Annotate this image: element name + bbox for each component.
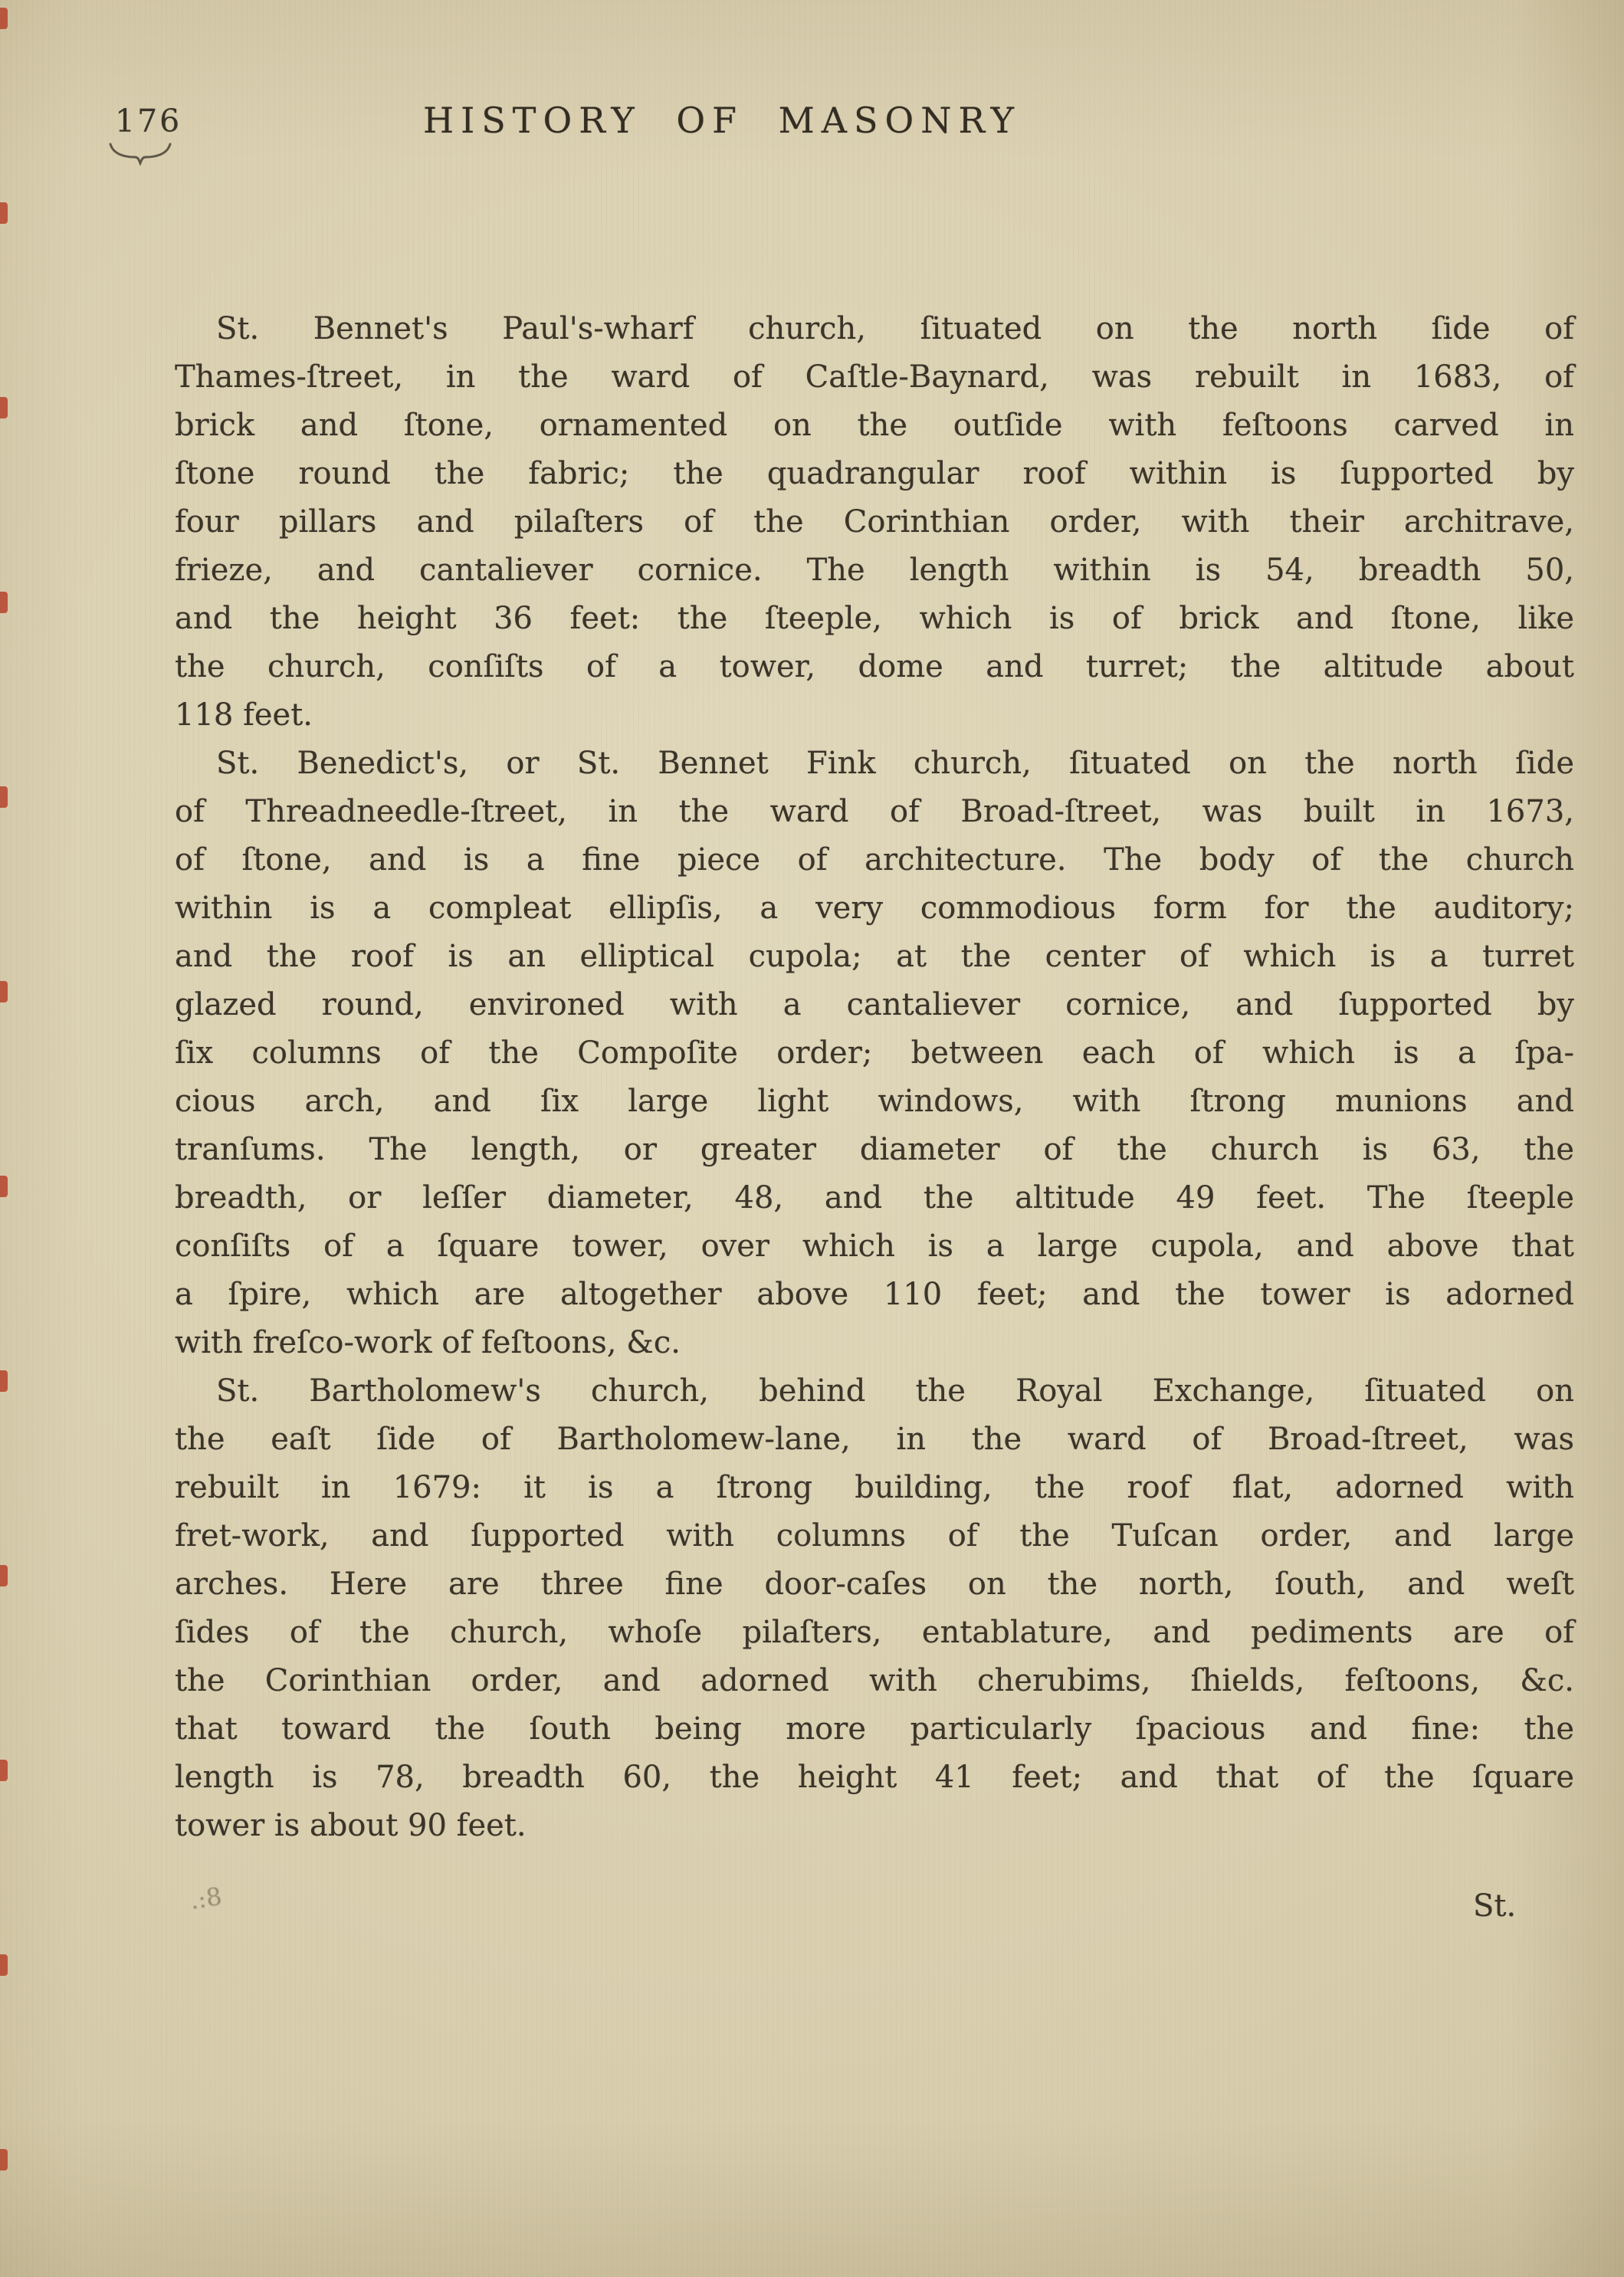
text-line: a ſpire, which are altogether above 110 …: [175, 1271, 1574, 1319]
text-line: of Threadneedle-ſtreet, in the ward of B…: [175, 788, 1574, 836]
page-edge-mark: [0, 202, 8, 224]
text-block: St. Bennet's Paul's-wharf church, ſituat…: [175, 305, 1574, 1850]
page-edge-mark: [0, 1760, 8, 1781]
text-line: 118 feet.: [175, 691, 1574, 740]
text-line: St. Benedict's, or St. Bennet Fink churc…: [175, 740, 1574, 788]
text-line: conſiſts of a ſquare tower, over which i…: [175, 1222, 1574, 1271]
page-edge-mark: [0, 786, 8, 808]
page-scan: 176 HISTORY OF MASONRY St. Bennet's Paul…: [0, 0, 1624, 2277]
text-line: St. Bennet's Paul's-wharf church, ſituat…: [175, 305, 1574, 353]
page-edge-mark: [0, 1370, 8, 1392]
text-line: of ſtone, and is a fine piece of archite…: [175, 836, 1574, 884]
paragraph: St. Benedict's, or St. Bennet Fink churc…: [175, 740, 1574, 1367]
text-line: cious arch, and ſix large light windows,…: [175, 1078, 1574, 1126]
text-line: tower is about 90 feet.: [175, 1802, 1574, 1850]
text-line: and the roof is an elliptical cupola; at…: [175, 933, 1574, 981]
text-line: breadth, or leſſer diameter, 48, and the…: [175, 1174, 1574, 1222]
text-line: glazed round, environed with a cantaliev…: [175, 981, 1574, 1029]
text-line: Thames-ſtreet, in the ward of Caſtle-Bay…: [175, 353, 1574, 402]
text-line: arches. Here are three fine door-caſes o…: [175, 1560, 1574, 1609]
text-line: ſides of the church, whoſe pilaſters, en…: [175, 1609, 1574, 1657]
text-line: four pillars and pilaſters of the Corint…: [175, 498, 1574, 546]
catchword: St.: [1473, 1888, 1516, 1924]
paragraph: St. Bennet's Paul's-wharf church, ſituat…: [175, 305, 1574, 740]
text-line: length is 78, breadth 60, the height 41 …: [175, 1754, 1574, 1802]
text-line: that toward the ſouth being more particu…: [175, 1705, 1574, 1754]
running-head-title: HISTORY OF MASONRY: [423, 100, 1021, 141]
text-line: ſix columns of the Compoſite order; betw…: [175, 1029, 1574, 1078]
text-line: frieze, and cantaliever cornice. The len…: [175, 546, 1574, 595]
page-edge-mark: [0, 981, 8, 1002]
page-edge-mark: [0, 397, 8, 418]
page-edge-mark: [0, 1954, 8, 1976]
text-line: and the height 36 feet: the ſteeple, whi…: [175, 595, 1574, 643]
text-line: rebuilt in 1679: it is a ſtrong building…: [175, 1464, 1574, 1512]
text-line: St. Bartholomew's church, behind the Roy…: [175, 1367, 1574, 1416]
page-edge-mark: [0, 592, 8, 613]
page-number: 176: [115, 103, 182, 139]
page-edge-mark: [0, 1176, 8, 1197]
text-line: fret-work, and ſupported with columns of…: [175, 1512, 1574, 1560]
show-through-mark: .:8: [189, 1882, 224, 1914]
page-number-brace: [107, 139, 173, 166]
text-line: with freſco-work of feſtoons, &c.: [175, 1319, 1574, 1367]
page-edge-mark: [0, 1565, 8, 1586]
text-line: the church, conſiſts of a tower, dome an…: [175, 643, 1574, 691]
text-line: tranſums. The length, or greater diamete…: [175, 1126, 1574, 1174]
text-line: brick and ſtone, ornamented on the outſi…: [175, 402, 1574, 450]
text-line: the eaſt ſide of Bartholomew-lane, in th…: [175, 1416, 1574, 1464]
text-line: ſtone round the fabric; the quadrangular…: [175, 450, 1574, 498]
text-line: within is a compleat ellipſis, a very co…: [175, 884, 1574, 933]
paragraph: St. Bartholomew's church, behind the Roy…: [175, 1367, 1574, 1850]
page-edge-mark: [0, 2149, 8, 2170]
text-line: the Corinthian order, and adorned with c…: [175, 1657, 1574, 1705]
page-edge-mark: [0, 8, 8, 29]
